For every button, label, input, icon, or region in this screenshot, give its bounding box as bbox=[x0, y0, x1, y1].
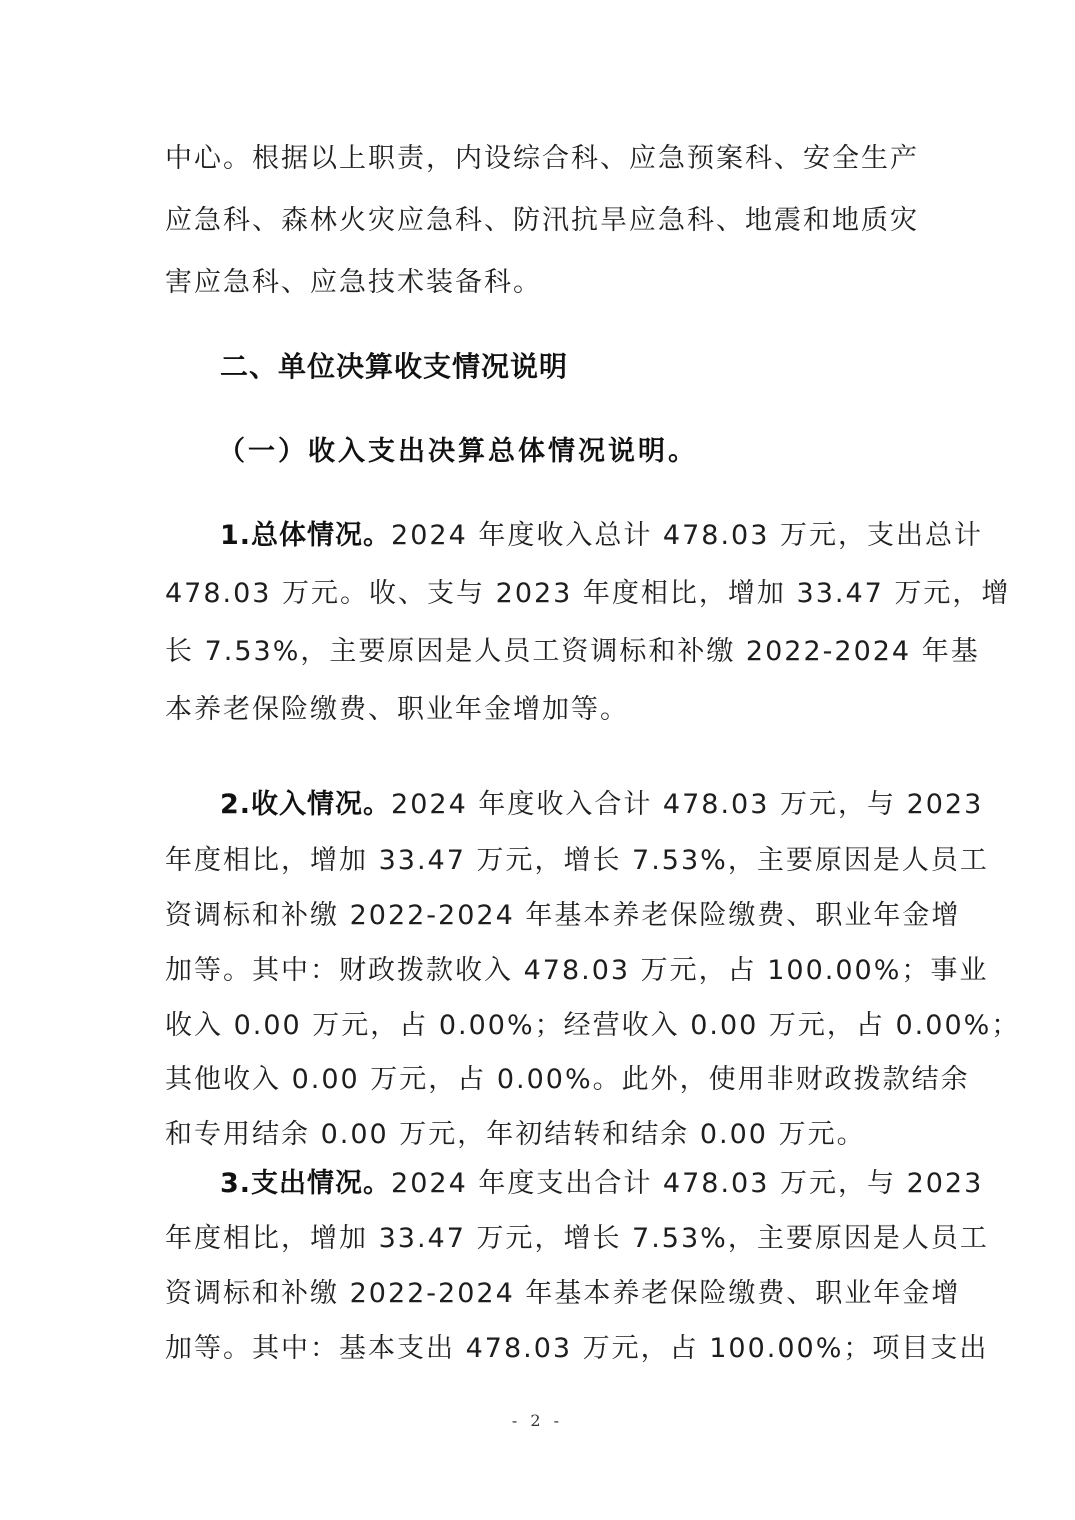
subsection-heading: （一）收入支出决算总体情况说明。 bbox=[218, 434, 698, 470]
paragraph-expense-line-4: 加等。其中：基本支出 478.03 万元，占 100.00%；项目支出 bbox=[165, 1331, 915, 1367]
intro-line-2: 应急科、森林火灾应急科、防汛抗旱应急科、地震和地质灾 bbox=[165, 203, 915, 239]
paragraph-income-line-2: 年度相比，增加 33.47 万元，增长 7.53%，主要原因是人员工 bbox=[165, 843, 915, 879]
paragraph-overall-first-line: 2024 年度收入总计 478.03 万元，支出总计 bbox=[391, 520, 983, 551]
page-number: - 2 - bbox=[0, 1411, 1075, 1431]
paragraph-overall-line-4: 本养老保险缴费、职业年金增加等。 bbox=[165, 692, 915, 728]
paragraph-income-line-4: 加等。其中：财政拨款收入 478.03 万元，占 100.00%；事业 bbox=[165, 953, 915, 989]
document-page: 中心。根据以上职责，内设综合科、应急预案科、安全生产 应急科、森林火灾应急科、防… bbox=[0, 0, 1075, 1520]
paragraph-income-line-1: 2.收入情况。2024 年度收入合计 478.03 万元，与 2023 bbox=[220, 787, 915, 823]
paragraph-expense-lead: 3.支出情况。 bbox=[220, 1168, 391, 1199]
paragraph-expense-line-3: 资调标和补缴 2022-2024 年基本养老保险缴费、职业年金增 bbox=[165, 1276, 915, 1312]
paragraph-income-first-line: 2024 年度收入合计 478.03 万元，与 2023 bbox=[391, 789, 983, 820]
paragraph-income-line-7: 和专用结余 0.00 万元，年初结转和结余 0.00 万元。 bbox=[165, 1117, 915, 1153]
paragraph-overall-lead: 1.总体情况。 bbox=[220, 520, 391, 551]
paragraph-income-line-5: 收入 0.00 万元，占 0.00%；经营收入 0.00 万元，占 0.00%； bbox=[165, 1008, 915, 1044]
section-heading: 二、单位决算收支情况说明 bbox=[220, 349, 568, 385]
paragraph-expense-line-2: 年度相比，增加 33.47 万元，增长 7.53%，主要原因是人员工 bbox=[165, 1221, 915, 1257]
intro-line-3: 害应急科、应急技术装备科。 bbox=[165, 265, 915, 301]
paragraph-expense-line-1: 3.支出情况。2024 年度支出合计 478.03 万元，与 2023 bbox=[220, 1166, 915, 1202]
paragraph-income-line-3: 资调标和补缴 2022-2024 年基本养老保险缴费、职业年金增 bbox=[165, 898, 915, 934]
paragraph-income-lead: 2.收入情况。 bbox=[220, 789, 391, 820]
paragraph-overall-line-2: 478.03 万元。收、支与 2023 年度相比，增加 33.47 万元，增 bbox=[165, 576, 915, 612]
paragraph-expense-first-line: 2024 年度支出合计 478.03 万元，与 2023 bbox=[391, 1168, 983, 1199]
paragraph-overall-line-1: 1.总体情况。2024 年度收入总计 478.03 万元，支出总计 bbox=[220, 518, 915, 554]
paragraph-income-line-6: 其他收入 0.00 万元，占 0.00%。此外，使用非财政拨款结余 bbox=[165, 1062, 915, 1098]
intro-line-1: 中心。根据以上职责，内设综合科、应急预案科、安全生产 bbox=[165, 141, 915, 177]
paragraph-overall-line-3: 长 7.53%，主要原因是人员工资调标和补缴 2022-2024 年基 bbox=[165, 634, 915, 670]
